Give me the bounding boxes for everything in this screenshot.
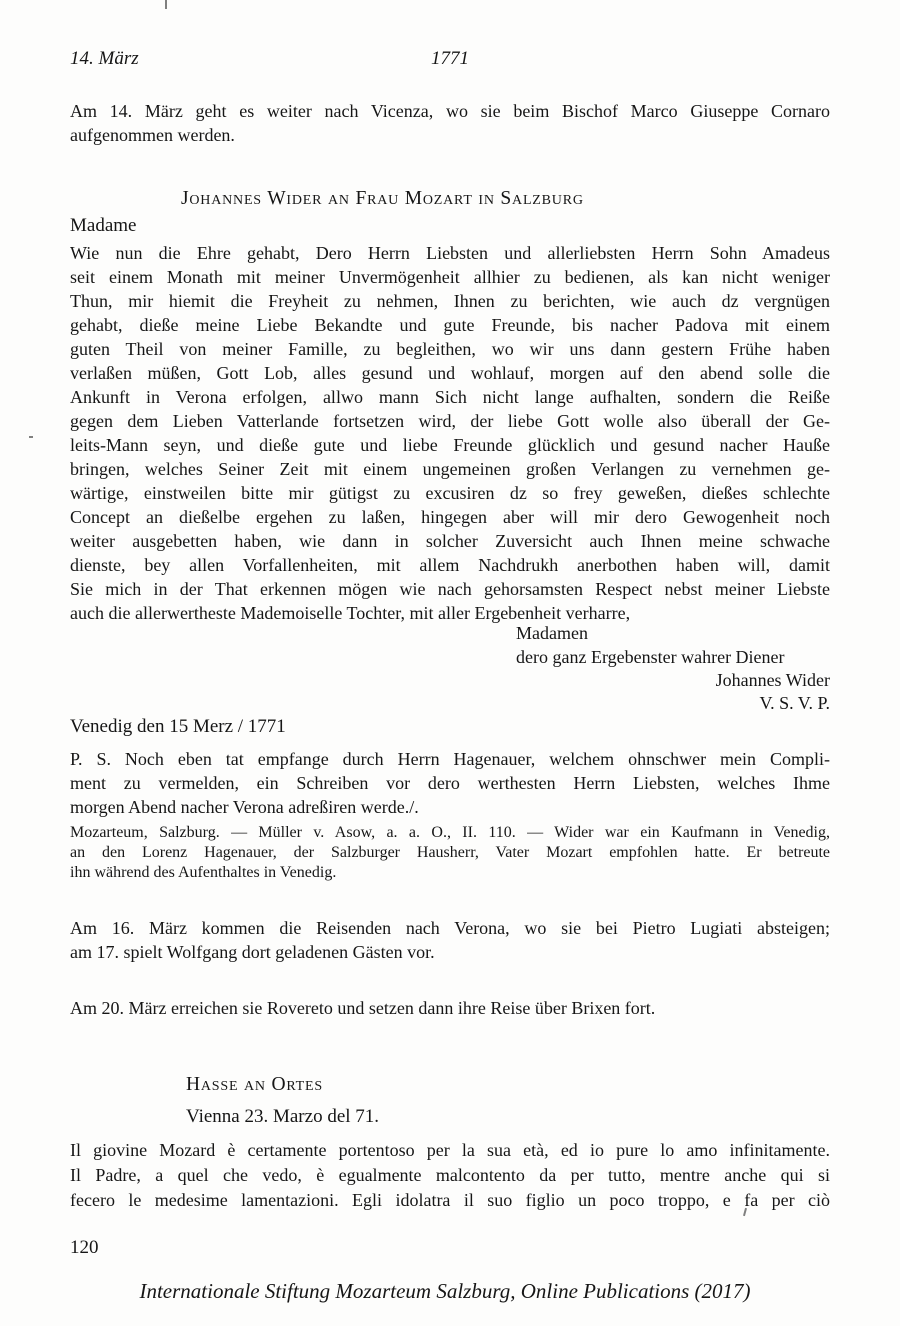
letter2-dateline: Vienna 23. Marzo del 71. xyxy=(186,1105,379,1129)
text-line: aufgenommen werden. xyxy=(70,123,830,147)
letter2-heading: Hasse an Ortes xyxy=(186,1074,323,1096)
text-line: Am 16. März kommen die Reisenden nach Ve… xyxy=(70,916,830,940)
text-line: Il Padre, a quel che vedo, è egualmente … xyxy=(70,1163,830,1188)
text-line: Ankunft in Verona erfolgen, allwo mann S… xyxy=(70,385,830,409)
text-line: verlaßen müßen, Gott Lob, alles gesund u… xyxy=(70,361,830,385)
text-line: ment zu vermelden, ein Schreiben vor der… xyxy=(70,771,830,795)
text-line: gehabt, dieße meine Liebe Bekandte und g… xyxy=(70,313,830,337)
text-line: Concept an dießelbe ergehen zu laßen, hi… xyxy=(70,505,830,529)
text-line: wärtige, einstweilen bitte mir gütigst z… xyxy=(70,481,830,505)
page-number: 120 xyxy=(70,1237,99,1259)
letter1-postscript: P. S. Noch eben tat empfange durch Herrn… xyxy=(70,747,830,819)
paragraph-march20: Am 20. März erreichen sie Rovereto und s… xyxy=(70,996,830,1020)
scan-artifact xyxy=(29,436,33,438)
text-line: guten Theil von meiner Famille, zu begle… xyxy=(70,337,830,361)
text-line: Il giovine Mozard è certamente portentos… xyxy=(70,1138,830,1163)
text-line: seit einem Monath mit meiner Unvermögenh… xyxy=(70,265,830,289)
scanned-book-page: 14. März 1771 Am 14. März geht es weiter… xyxy=(0,0,900,1326)
text-line: gegen dem Lieben Vatterlande fortsetzen … xyxy=(70,409,830,433)
intro-paragraph: Am 14. März geht es weiter nach Vicenza,… xyxy=(70,99,830,147)
letter1-dateline: Venedig den 15 Merz / 1771 xyxy=(70,715,286,739)
text-line: Mozarteum, Salzburg. — Müller v. Asow, a… xyxy=(70,823,830,843)
text-line: am 17. spielt Wolfgang dort geladenen Gä… xyxy=(70,940,830,964)
text-line: Thun, mir hiemit die Freyheit zu nehmen,… xyxy=(70,289,830,313)
text-line: an den Lorenz Hagenauer, der Salzburger … xyxy=(70,843,830,863)
text-line: Am 14. März geht es weiter nach Vicenza,… xyxy=(70,99,830,123)
paragraph-march16: Am 16. März kommen die Reisenden nach Ve… xyxy=(70,916,830,964)
text-line: P. S. Noch eben tat empfange durch Herrn… xyxy=(70,747,830,771)
text-line: ihn während des Aufenthaltes in Venedig. xyxy=(70,863,830,883)
letter1-signature: Johannes Wider xyxy=(70,668,830,692)
letter1-body: Wie nun die Ehre gehabt, Dero Herrn Lieb… xyxy=(70,241,830,625)
text-line: weiter ausgebetten haben, wie dann in so… xyxy=(70,529,830,553)
text-line: morgen Abend nacher Verona adreßiren wer… xyxy=(70,795,830,819)
scan-artifact xyxy=(165,0,167,9)
text-line: leits-Mann seyn, und dieße gute und lieb… xyxy=(70,433,830,457)
footer-credit: Internationale Stiftung Mozarteum Salzbu… xyxy=(0,1279,890,1304)
letter1-heading: Johannes Wider an Frau Mozart in Salzbur… xyxy=(181,188,584,210)
text-line: bringen, welches Seiner Zeit mit einem u… xyxy=(70,457,830,481)
letter1-closing-line: dero ganz Ergebenster wahrer Diener xyxy=(70,645,830,669)
letter1-salutation: Madame xyxy=(70,214,136,238)
text-line: Wie nun die Ehre gehabt, Dero Herrn Lieb… xyxy=(70,241,830,265)
letter1-initials: V. S. V. P. xyxy=(70,691,830,715)
text-line: Sie mich in der That erkennen mögen wie … xyxy=(70,577,830,601)
letter1-footnote: Mozarteum, Salzburg. — Müller v. Asow, a… xyxy=(70,823,830,883)
text-line: fecero le medesime lamentazioni. Egli id… xyxy=(70,1188,830,1213)
letter1-closing-madamen: Madamen xyxy=(70,621,830,645)
letter2-body: Il giovine Mozard è certamente portentos… xyxy=(70,1138,830,1213)
text-line: dienste, bey allen Vorfallenheiten, mit … xyxy=(70,553,830,577)
running-header-year: 1771 xyxy=(70,48,830,70)
